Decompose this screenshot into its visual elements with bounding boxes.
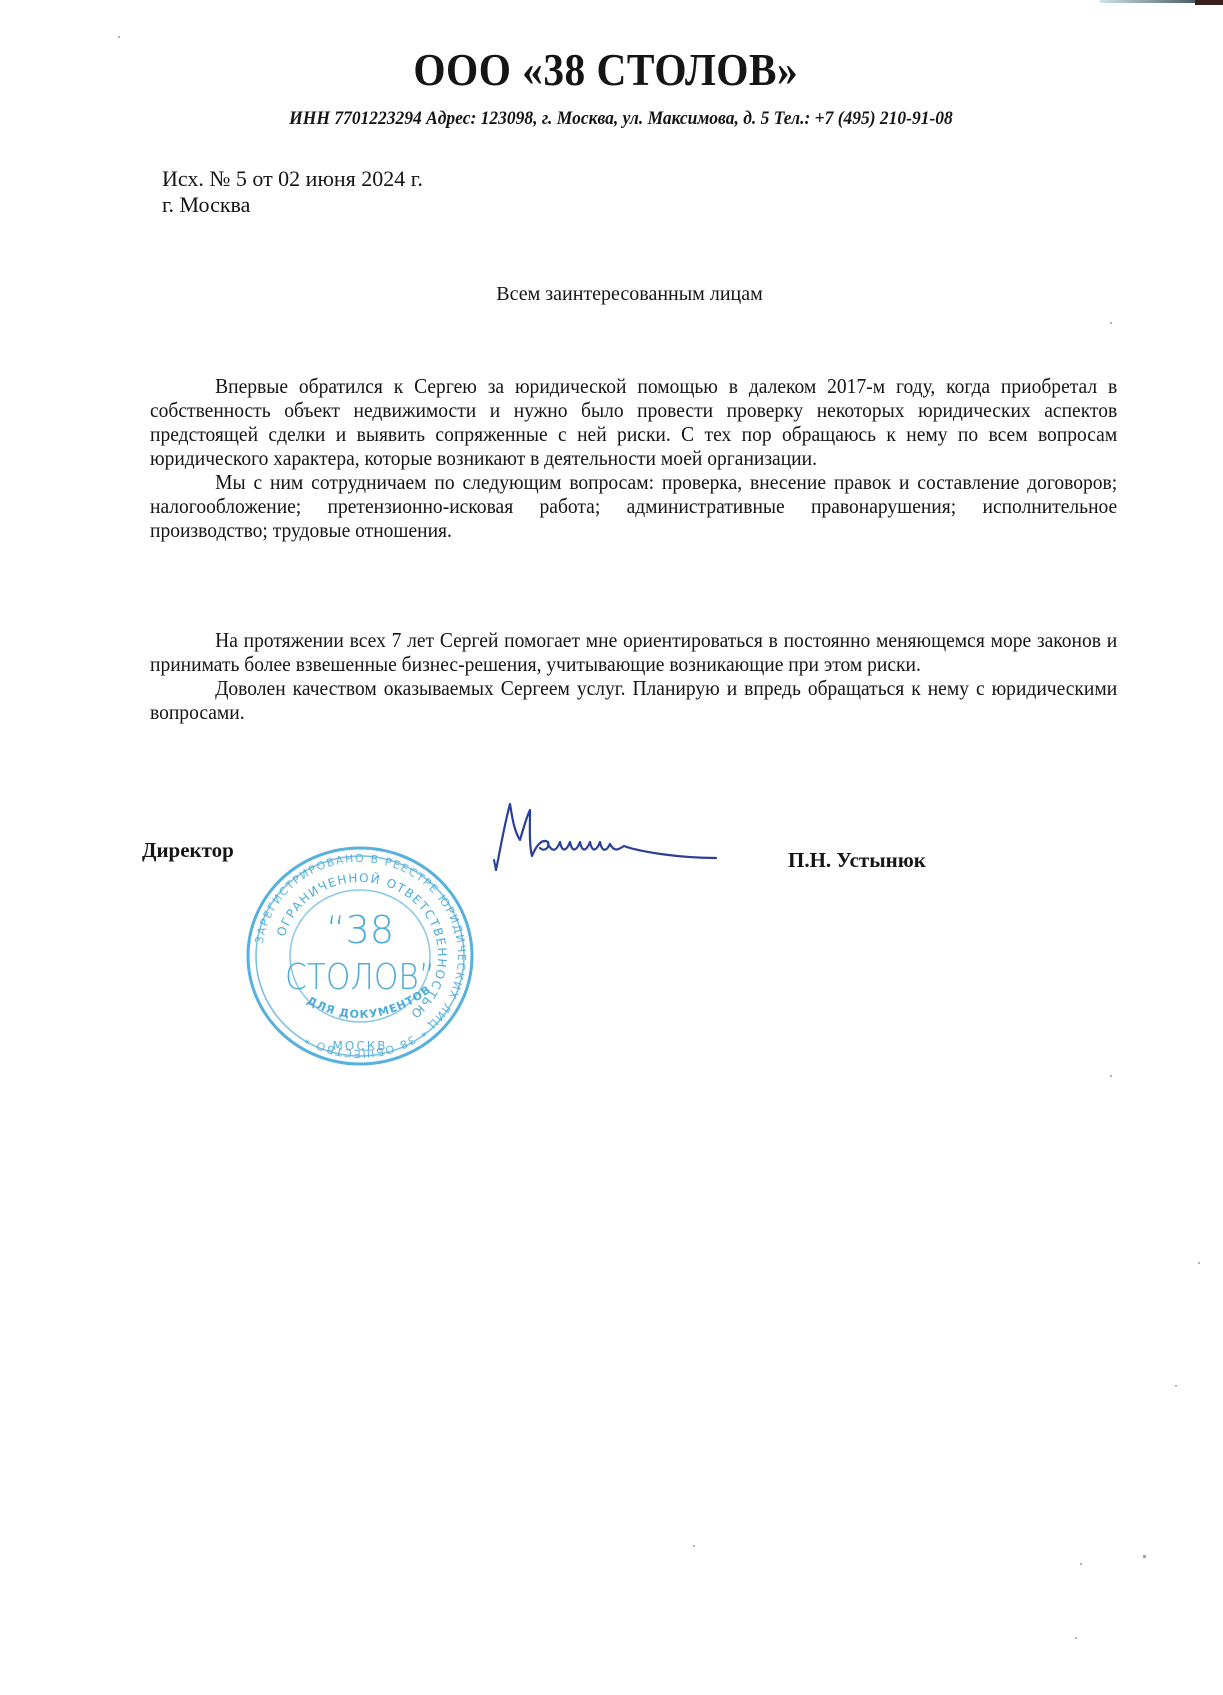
addressee: Всем заинтересованным лицам — [0, 283, 1223, 306]
letter-body-part-1: Впервые обратился к Сергею за юридическо… — [150, 374, 1117, 542]
stamp-city: МОСКВ — [333, 1039, 388, 1053]
signatory-name: П.Н. Устынюк — [788, 848, 926, 873]
scan-speck — [1110, 1075, 1112, 1077]
scan-edge-corner — [1195, 0, 1223, 5]
scan-speck — [1175, 1385, 1177, 1387]
stamp-name: СТОЛОВ” — [285, 957, 435, 998]
paragraph: Доволен качеством оказываемых Сергеем ус… — [150, 676, 1117, 724]
company-stamp: ЗАРЕГИСТРИРОВАНО В РЕЕСТРЕ ЮРИДИЧЕСКИХ Л… — [243, 843, 477, 1069]
stamp-number: “38 — [326, 908, 394, 952]
handwritten-signature — [490, 796, 740, 876]
outgoing-number: Исх. № 5 от 02 июня 2024 г. — [162, 166, 423, 192]
company-details: ИНН 7701223294 Адрес: 123098, г. Москва,… — [58, 108, 1183, 130]
company-name: ООО «38 СТОЛОВ» — [43, 44, 1168, 96]
city: г. Москва — [162, 192, 423, 218]
scan-speck — [1080, 1563, 1082, 1565]
scan-speck — [693, 1545, 695, 1547]
reference-block: Исх. № 5 от 02 июня 2024 г. г. Москва — [162, 166, 423, 218]
scan-speck — [1110, 322, 1112, 324]
paragraph: Впервые обратился к Сергею за юридическо… — [150, 374, 1117, 470]
scan-speck — [1143, 1555, 1146, 1558]
scan-speck — [1198, 1262, 1200, 1264]
paragraph: Мы с ним сотрудничаем по следующим вопро… — [150, 470, 1117, 542]
letter-body-part-2: На протяжении всех 7 лет Сергей помогает… — [150, 628, 1117, 724]
scan-edge-strip — [1100, 0, 1195, 3]
signatory-position: Директор — [142, 838, 234, 863]
paragraph: На протяжении всех 7 лет Сергей помогает… — [150, 628, 1117, 676]
scan-speck — [118, 36, 120, 38]
scan-speck — [1075, 1637, 1077, 1639]
